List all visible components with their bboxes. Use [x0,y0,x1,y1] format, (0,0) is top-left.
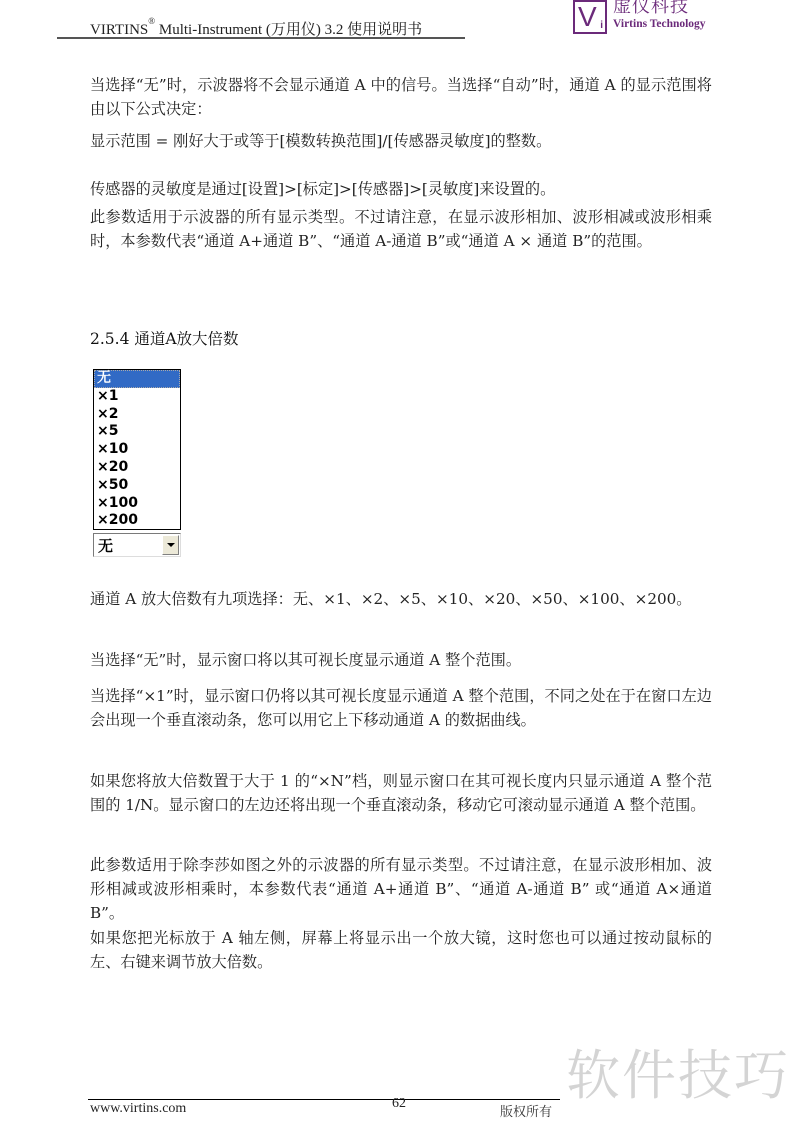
page-number: 62 [392,1096,406,1112]
chevron-down-icon [167,543,175,547]
paragraph-formula: 显示范围 = 刚好大于或等于[模数转换范围]/[传感器灵敏度]的整数。 [90,129,712,153]
watermark-text: 软件技巧 [566,1033,790,1110]
footer-url-link[interactable]: www.virtins.com [90,1101,186,1117]
select-current-value: 无 [98,535,113,556]
virtins-logo: V i 虚仪科技 Virtins Technology [573,0,713,34]
document-header-title: VIRTINS® Multi-Instrument (万用仪) 3.2 使用说明… [90,18,422,39]
registered-mark: ® [148,16,155,26]
dropdown-option[interactable]: ×1 [94,388,180,406]
paragraph-xn-option: 如果您将放大倍数置于大于 1 的“×N”档，则显示窗口在其可视长度内只显示通道 … [90,769,712,817]
logo-chinese-name: 虚仪科技 [613,0,689,18]
dropdown-option[interactable]: ×200 [94,512,180,530]
logo-mark-icon: V i [573,0,607,34]
amplification-dropdown-list[interactable]: 无 ×1 ×2 ×5 ×10 ×20 ×50 ×100 ×200 [93,369,181,530]
header-title-rest: Multi-Instrument (万用仪) 3.2 使用说明书 [155,22,422,38]
paragraph-none-auto: 当选择“无”时，示波器将不会显示通道 A 中的信号。当选择“自动”时，通道 A … [90,73,712,121]
dropdown-option[interactable]: ×20 [94,459,180,477]
paragraph-display-types: 此参数适用于示波器的所有显示类型。不过请注意，在显示波形相加、波形相减或波形相乘… [90,205,712,253]
section-title: 2.5.4 通道A放大倍数 [90,327,239,349]
paragraph-magnifier: 如果您把光标放于 A 轴左侧，屏幕上将显示出一个放大镜，这时您也可以通过按动鼠标… [90,926,712,974]
paragraph-sensor-sensitivity: 传感器的灵敏度是通过[设置]>[标定]>[传感器]>[灵敏度]来设置的。 [90,177,712,201]
paragraph-nine-options: 通道 A 放大倍数有九项选择：无、×1、×2、×5、×10、×20、×50、×1… [90,587,712,611]
paragraph-x1-option: 当选择“×1”时，显示窗口仍将以其可视长度显示通道 A 整个范围，不同之处在于在… [90,684,712,732]
header-divider [57,37,465,39]
logo-mark-i: i [600,20,603,31]
header-brand: VIRTINS [90,22,148,38]
footer-divider [88,1099,560,1100]
dropdown-option[interactable]: ×2 [94,406,180,424]
amplification-select[interactable]: 无 [93,533,181,557]
dropdown-toggle-button[interactable] [162,535,179,555]
paragraph-none-option: 当选择“无”时，显示窗口将以其可视长度显示通道 A 整个范围。 [90,648,712,672]
dropdown-option[interactable]: 无 [94,370,180,388]
dropdown-option[interactable]: ×5 [94,423,180,441]
paragraph-applicable-types: 此参数适用于除李莎如图之外的示波器的所有显示类型。不过请注意，在显示波形相加、波… [90,853,712,925]
dropdown-option[interactable]: ×10 [94,441,180,459]
dropdown-option[interactable]: ×100 [94,495,180,513]
logo-mark-v: V [578,2,597,32]
dropdown-option[interactable]: ×50 [94,477,180,495]
footer-copyright: 版权所有 [500,1101,552,1120]
logo-english-name: Virtins Technology [613,18,706,30]
